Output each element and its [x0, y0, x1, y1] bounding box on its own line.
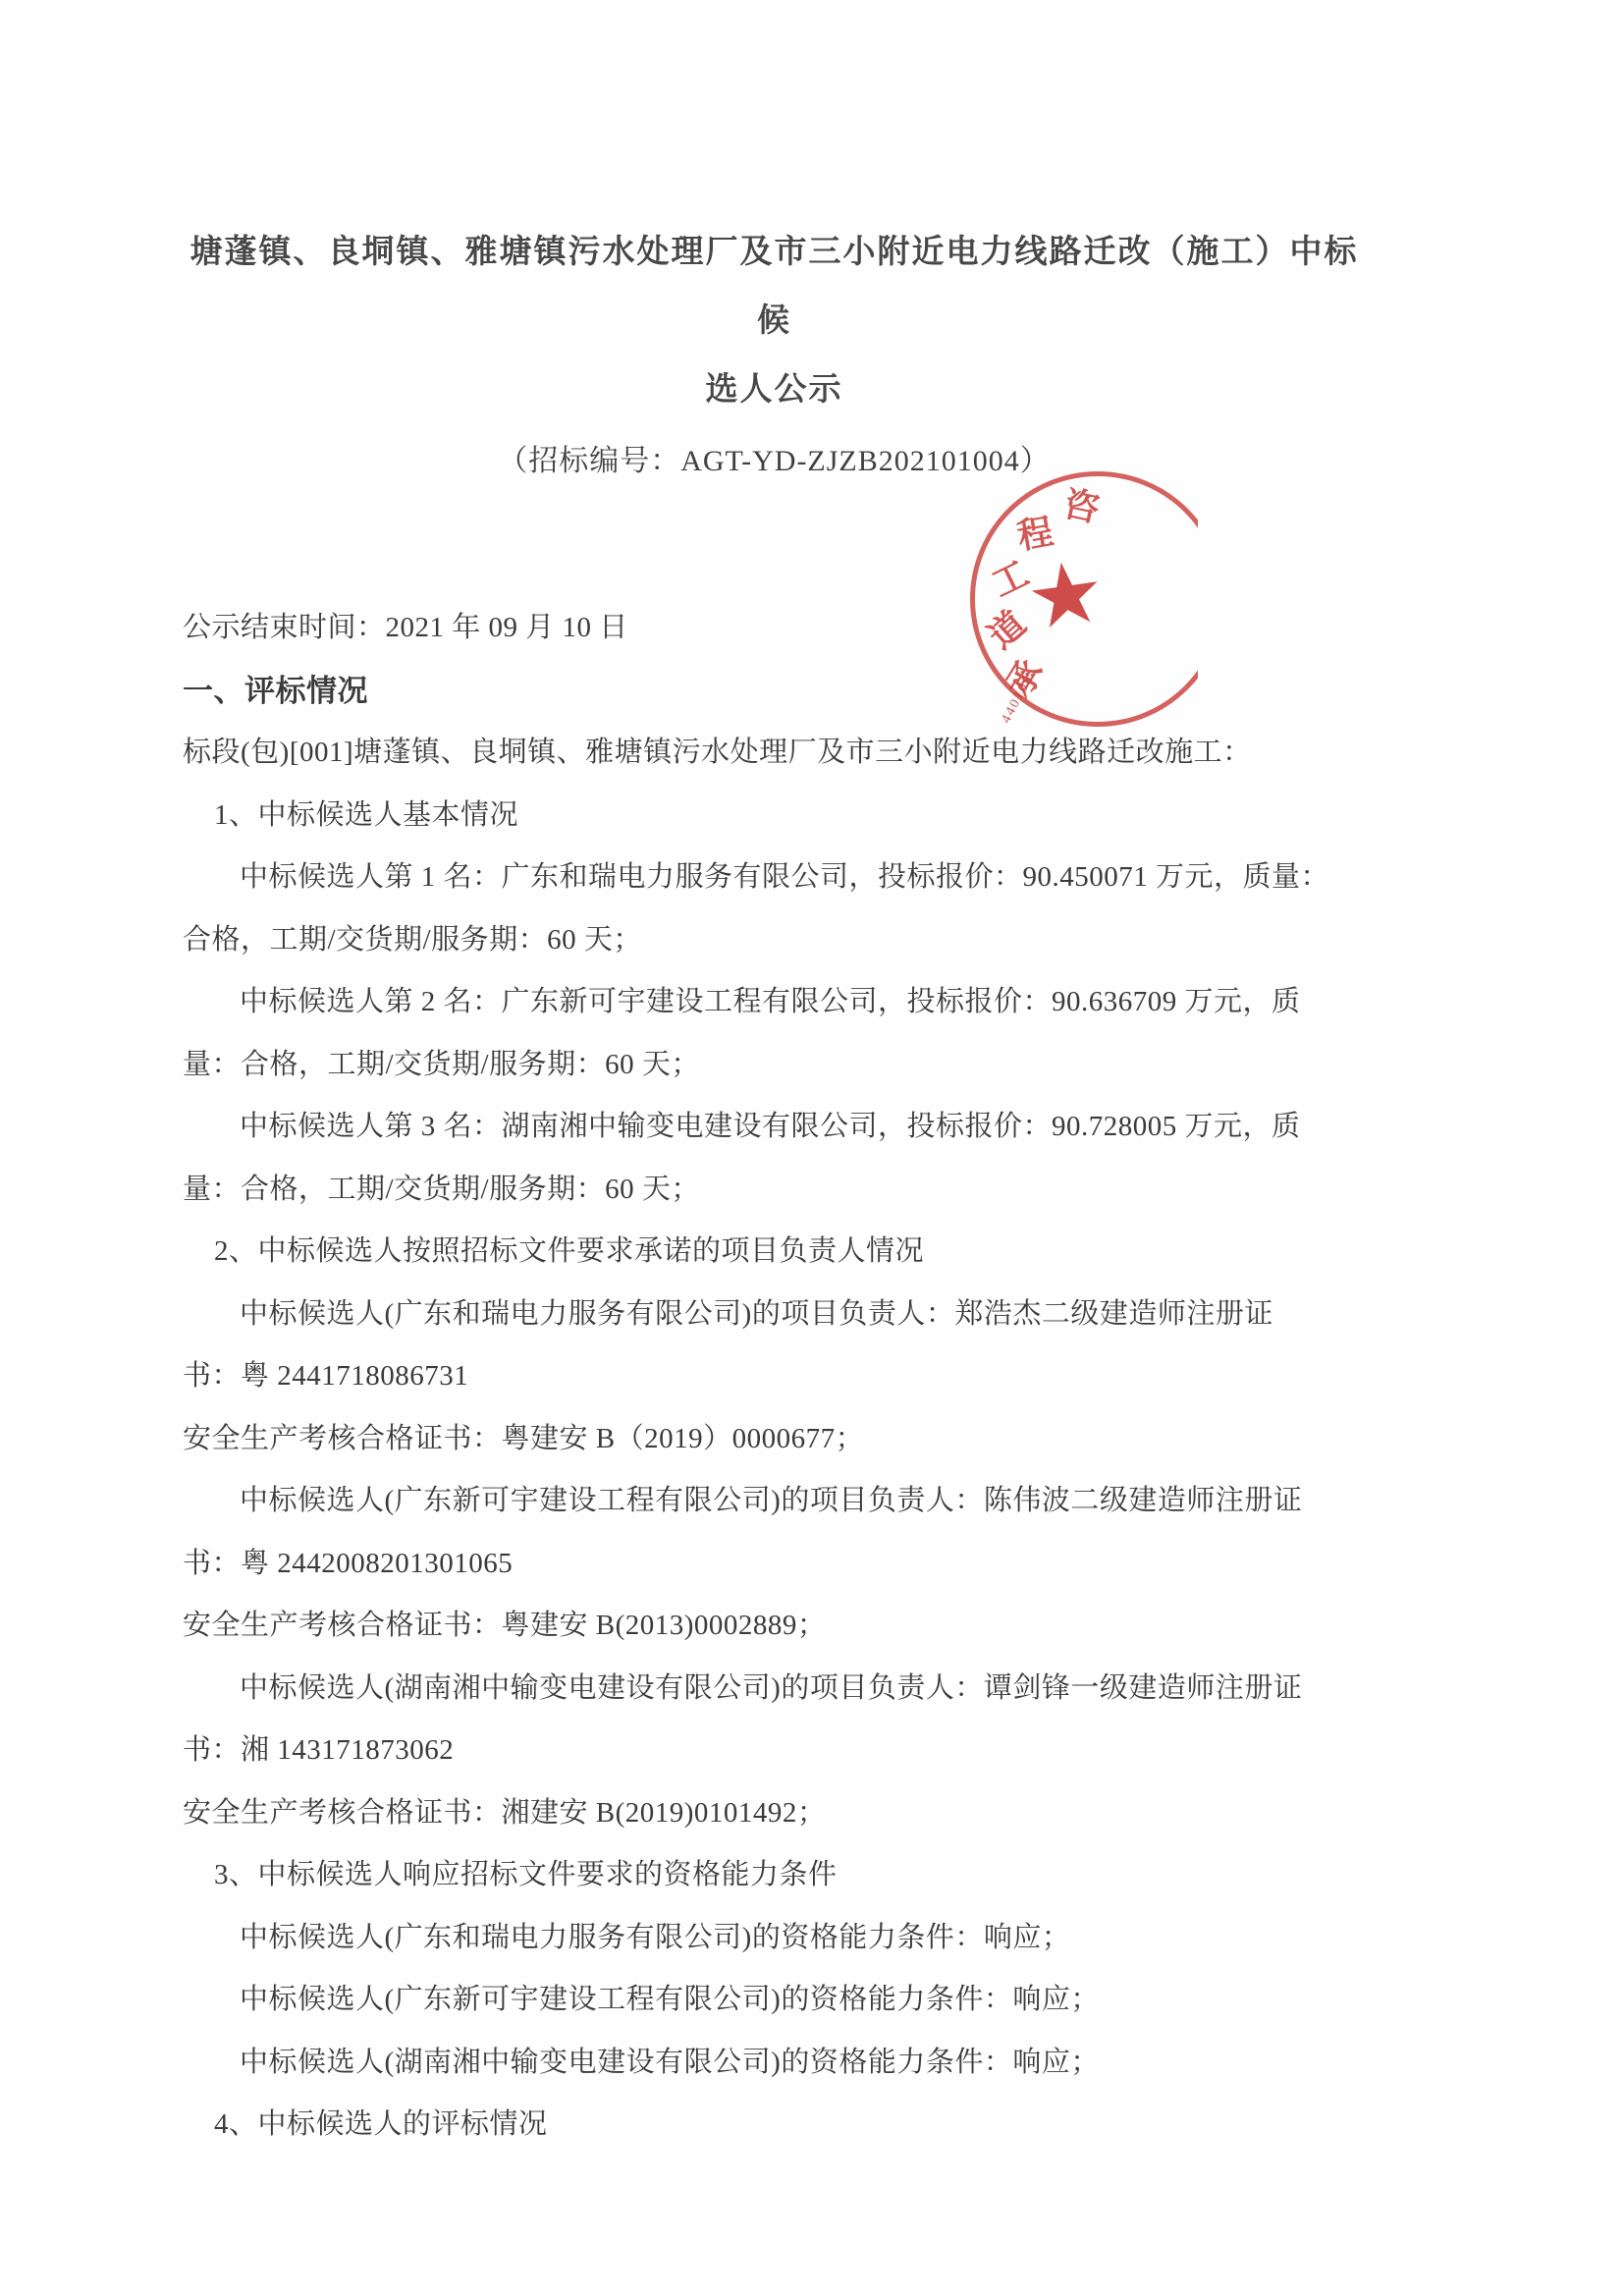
lot-description: 标段(包)[001]塘蓬镇、良垌镇、雅塘镇污水处理厂及市三小附近电力线路迁改施工… [183, 722, 1366, 785]
candidate-1-line-2: 合格，工期/交货期/服务期：60 天； [183, 909, 1366, 972]
pm-2-line-1: 中标候选人(广东新可宇建设工程有限公司)的项目负责人：陈伟波二级建造师注册证 [183, 1470, 1366, 1533]
pm-2-safety-cert: 安全生产考核合格证书：粤建安 B(2013)0002889； [183, 1595, 1366, 1658]
qualification-1: 中标候选人(广东和瑞电力服务有限公司)的资格能力条件：响应； [183, 1907, 1366, 1970]
bid-number: （招标编号：AGT-YD-ZJZB202101004） [183, 424, 1366, 499]
candidate-2-line-1: 中标候选人第 2 名：广东新可宇建设工程有限公司，投标报价：90.636709 … [183, 971, 1366, 1034]
candidate-3-line-1: 中标候选人第 3 名：湖南湘中输变电建设有限公司，投标报价：90.728005 … [183, 1096, 1366, 1159]
candidate-3-line-2: 量：合格，工期/交货期/服务期：60 天； [183, 1159, 1366, 1222]
item-2-heading: 2、中标候选人按照招标文件要求承诺的项目负责人情况 [183, 1221, 1366, 1284]
qualification-3: 中标候选人(湖南湘中输变电建设有限公司)的资格能力条件：响应； [183, 2032, 1366, 2095]
title-line-2: 选人公示 [183, 355, 1366, 424]
pm-2-line-2: 书：粤 2442008201301065 [183, 1533, 1366, 1596]
pm-3-safety-cert: 安全生产考核合格证书：湘建安 B(2019)0101492； [183, 1782, 1366, 1845]
pm-1-safety-cert: 安全生产考核合格证书：粤建安 B（2019）0000677； [183, 1408, 1366, 1471]
pm-3-line-1: 中标候选人(湖南湘中输变电建设有限公司)的项目负责人：谭剑锋一级建造师注册证 [183, 1658, 1366, 1721]
document-content: 塘蓬镇、良垌镇、雅塘镇污水处理厂及市三小附近电力线路迁改（施工）中标候 选人公示… [183, 0, 1366, 2157]
document-body: 公示结束时间：2021 年 09 月 10 日 一、评标情况 标段(包)[001… [183, 597, 1366, 2157]
candidate-2-line-2: 量：合格，工期/交货期/服务期：60 天； [183, 1034, 1366, 1097]
item-3-heading: 3、中标候选人响应招标文件要求的资格能力条件 [183, 1844, 1366, 1907]
publicity-end-date: 公示结束时间：2021 年 09 月 10 日 [183, 597, 1366, 660]
pm-1-line-2: 书：粤 2441718086731 [183, 1345, 1366, 1408]
section-1-heading: 一、评标情况 [183, 660, 1366, 723]
title-line-1: 塘蓬镇、良垌镇、雅塘镇污水处理厂及市三小附近电力线路迁改（施工）中标候 [183, 218, 1366, 355]
document-title: 塘蓬镇、良垌镇、雅塘镇污水处理厂及市三小附近电力线路迁改（施工）中标候 选人公示 [183, 218, 1366, 424]
document-page: 塘蓬镇、良垌镇、雅塘镇污水处理厂及市三小附近电力线路迁改（施工）中标候 选人公示… [0, 0, 1623, 2296]
candidate-1-line-1: 中标候选人第 1 名：广东和瑞电力服务有限公司，投标报价：90.450071 万… [183, 847, 1366, 909]
qualification-2: 中标候选人(广东新可宇建设工程有限公司)的资格能力条件：响应； [183, 1969, 1366, 2032]
pm-1-line-1: 中标候选人(广东和瑞电力服务有限公司)的项目负责人：郑浩杰二级建造师注册证 [183, 1284, 1366, 1346]
item-1-heading: 1、中标候选人基本情况 [183, 785, 1366, 847]
pm-3-line-2: 书：湘 143171873062 [183, 1720, 1366, 1782]
item-4-heading: 4、中标候选人的评标情况 [183, 2094, 1366, 2157]
